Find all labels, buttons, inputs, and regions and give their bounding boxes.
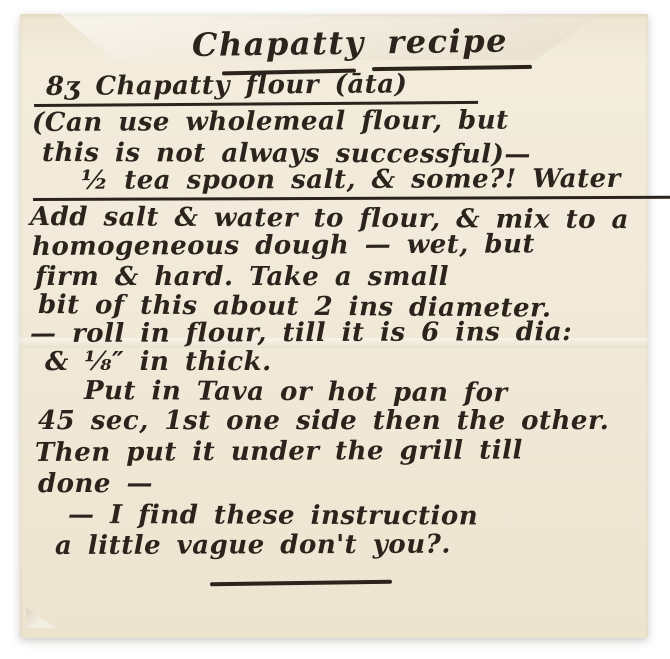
end-flourish-line — [210, 580, 392, 587]
line-method-8: 45 sec, 1st one side then the other. — [38, 406, 609, 436]
line-method-3: firm & hard. Take a small — [35, 262, 449, 292]
line-method-2: homogeneous dough — wet, but — [32, 229, 535, 262]
line-ingredient-flour: 8ʒ Chapatty flour (āta) — [34, 69, 478, 107]
line-method-10: done — — [38, 469, 153, 499]
line-method-7: Put in Tava or hot pan for — [84, 376, 508, 408]
recipe-title: Chapatty recipe — [192, 22, 508, 64]
recipe-note-paper: Chapatty recipe 8ʒ Chapatty flour (āta) … — [20, 14, 648, 638]
line-method-6: & ⅛″ in thick. — [45, 347, 272, 377]
paper-corner-crease — [26, 602, 56, 628]
line-ingredient-salt-water: ½ tea spoon salt, & some?! Water — [33, 164, 670, 201]
line-comment-1: — I find these instruction — [68, 500, 478, 531]
line-comment-2: a little vague don't you?. — [55, 530, 451, 561]
line-method-5: — roll in flour, till it is 6 ins dia: — [30, 317, 572, 349]
photo-background: Chapatty recipe 8ʒ Chapatty flour (āta) … — [0, 0, 670, 659]
line-note-wholemeal-1: (Can use wholemeal flour, but — [32, 106, 509, 138]
line-method-9: Then put it under the grill till — [35, 435, 523, 468]
